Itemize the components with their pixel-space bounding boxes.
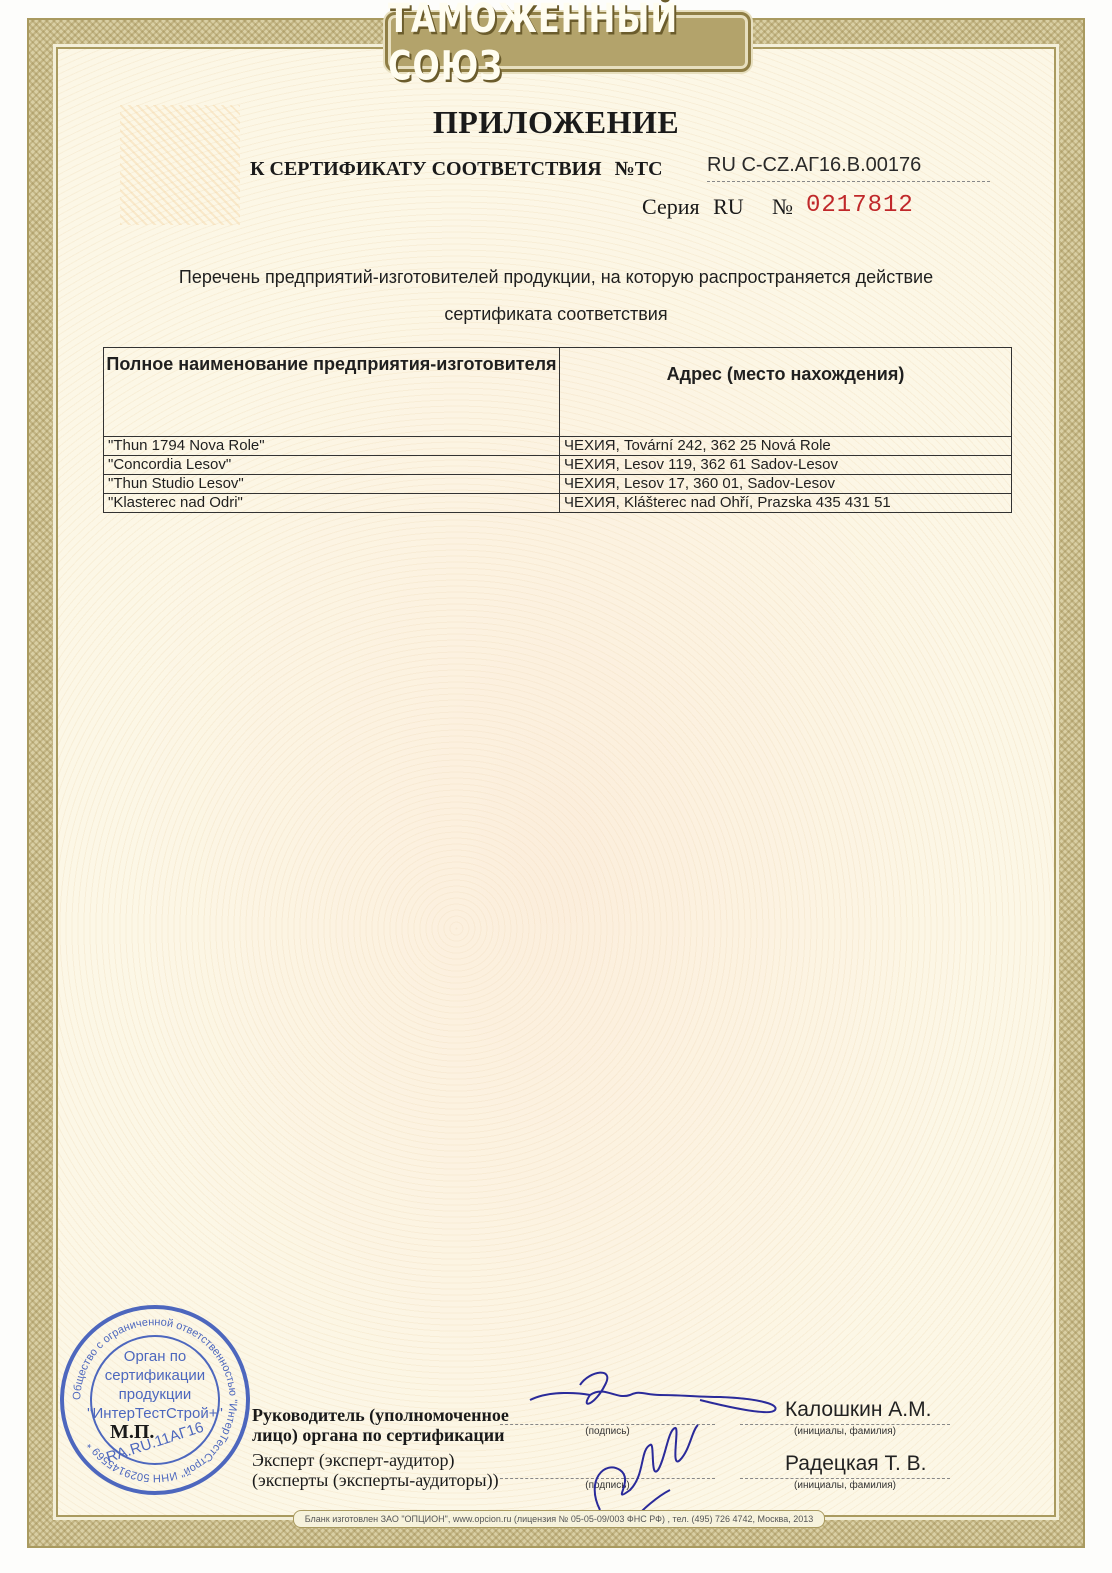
series-label: Серия RU (642, 194, 744, 220)
series-value: RU (713, 194, 744, 219)
table-row: "Concordia Lesov" ЧЕХИЯ, Lesov 119, 362 … (104, 456, 1012, 475)
expert-role-label: Эксперт (эксперт-аудитор) (эксперты (экс… (252, 1450, 499, 1490)
manufacturer-address: ЧЕХИЯ, Lesov 119, 362 61 Sadov-Lesov (560, 456, 1012, 475)
certificate-prefix: №ТС (615, 158, 663, 180)
expert-role-line: (эксперты (эксперты-аудиторы)) (252, 1470, 499, 1490)
intro-line-1: Перечень предприятий-изготовителей проду… (100, 259, 1012, 296)
manufacturers-table: Полное наименование предприятия-изготови… (103, 347, 1012, 513)
head-role-label: Руководитель (уполномоченное лицо) орган… (252, 1405, 509, 1445)
series-label-text: Серия (642, 194, 700, 219)
certificate-number: RU C-CZ.АГ16.В.00176 (707, 154, 990, 182)
column-header-name: Полное наименование предприятия-изготови… (104, 348, 560, 437)
certificate-label-text: К СЕРТИФИКАТУ СООТВЕТСТВИЯ (250, 158, 602, 180)
stamp-line: продукции (64, 1385, 246, 1404)
manufacturer-name: "Concordia Lesov" (104, 456, 560, 475)
column-header-address: Адрес (место нахождения) (560, 348, 1012, 437)
banner-text: ТАМОЖЕННЫЙ СОЮЗ (388, 0, 748, 90)
stamp-line: Орган по (64, 1347, 246, 1366)
manufacturer-address: ЧЕХИЯ, Tovární 242, 362 25 Nová Role (560, 437, 1012, 456)
manufacturer-name: "Thun 1794 Nova Role" (104, 437, 560, 456)
manufacturer-name: "Thun Studio Lesov" (104, 475, 560, 494)
expert-name: Радецкая Т. В. (785, 1452, 927, 1476)
stamp-line: сертификации (64, 1366, 246, 1385)
expert-role-line: Эксперт (эксперт-аудитор) (252, 1450, 499, 1470)
form-serial-number: 0217812 (806, 192, 914, 219)
manufacturer-address: ЧЕХИЯ, Klášterec nad Ohří, Prazska 435 4… (560, 494, 1012, 513)
table-row: "Thun 1794 Nova Role" ЧЕХИЯ, Tovární 242… (104, 437, 1012, 456)
expert-name-hint: (инициалы, фамилия) (740, 1480, 950, 1491)
manufacturer-name: "Klasterec nad Odri" (104, 494, 560, 513)
manufacturer-address: ЧЕХИЯ, Lesov 17, 360 01, Sadov-Lesov (560, 475, 1012, 494)
head-role-line: лицо) органа по сертификации (252, 1425, 509, 1445)
number-sign: № (772, 194, 793, 220)
table-header-row: Полное наименование предприятия-изготови… (104, 348, 1012, 437)
table-row: "Thun Studio Lesov" ЧЕХИЯ, Lesov 17, 360… (104, 475, 1012, 494)
customs-union-banner: ТАМОЖЕННЫЙ СОЮЗ (385, 12, 751, 72)
certificate-label: К СЕРТИФИКАТУ СООТВЕТСТВИЯ №ТС (250, 158, 663, 181)
page-title: ПРИЛОЖЕНИЕ (0, 104, 1112, 141)
table-row: "Klasterec nad Odri" ЧЕХИЯ, Klášterec na… (104, 494, 1012, 513)
intro-text: Перечень предприятий-изготовителей проду… (100, 259, 1012, 333)
form-imprint-footer: Бланк изготовлен ЗАО "ОПЦИОН", www.opcio… (293, 1510, 825, 1528)
intro-line-2: сертификата соответствия (100, 296, 1012, 333)
expert-name-line (740, 1478, 950, 1479)
seal-place-label: М.П. (110, 1421, 154, 1444)
head-name: Калошкин А.М. (785, 1398, 931, 1422)
head-role-line: Руководитель (уполномоченное (252, 1405, 509, 1425)
certification-body-stamp: Общество с ограниченной ответственностью… (60, 1305, 250, 1495)
